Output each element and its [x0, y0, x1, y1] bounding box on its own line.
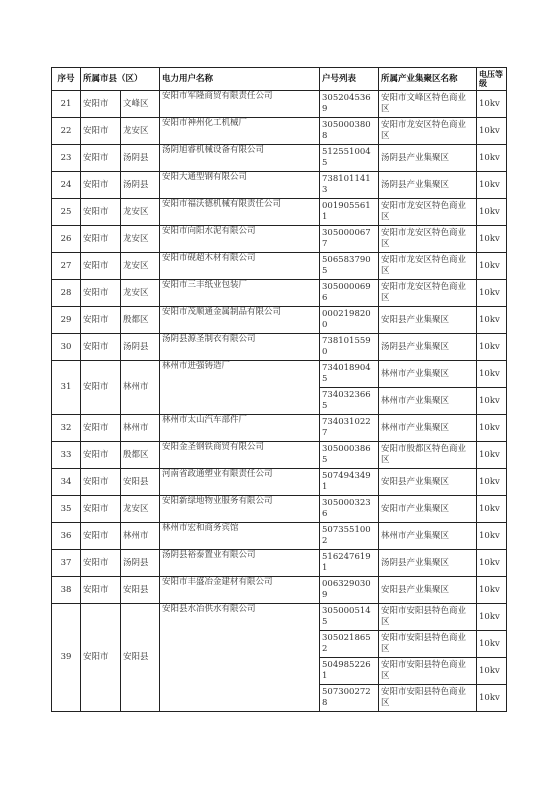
cell-account: 5125510045: [320, 145, 379, 172]
cell-account: 0002198200: [320, 307, 379, 334]
cell-user-name: 安阳市神州化工机械厂: [160, 118, 320, 145]
cell-voltage: 10kv: [477, 199, 507, 226]
cell-city: 安阳市: [81, 253, 121, 280]
cell-zone: 安阳市殷都区特色商业区: [379, 442, 477, 469]
cell-city: 安阳市: [81, 307, 121, 334]
cell-no: 36: [52, 523, 81, 550]
cell-user-name: 河南省政通塑业有限责任公司: [160, 469, 320, 496]
cell-voltage: 10kv: [477, 685, 507, 712]
cell-zone: 林州市产业集聚区: [379, 523, 477, 550]
cell-county: 殷都区: [121, 307, 160, 334]
cell-voltage: 10kv: [477, 550, 507, 577]
cell-zone: 安阳市文峰区特色商业区: [379, 91, 477, 118]
cell-user-name: 安阳市茂顺通金属制品有限公司: [160, 307, 320, 334]
cell-account: 5049852261: [320, 658, 379, 685]
cell-account: 0019055611: [320, 199, 379, 226]
cell-user-name: 安阳市三丰纸业包装厂: [160, 280, 320, 307]
cell-no: 31: [52, 361, 81, 415]
cell-no: 27: [52, 253, 81, 280]
cell-user-name: 安阳县水冶供水有限公司: [160, 604, 320, 712]
cell-user-name: 安阳市丰盛冶金建材有限公司: [160, 577, 320, 604]
cell-zone: 林州市产业集聚区: [379, 415, 477, 442]
cell-user-name: 林州市宏和商务宾馆: [160, 523, 320, 550]
cell-voltage: 10kv: [477, 118, 507, 145]
cell-account: 7340189045: [320, 361, 379, 388]
cell-no: 34: [52, 469, 81, 496]
cell-city: 安阳市: [81, 145, 121, 172]
cell-no: 26: [52, 226, 81, 253]
table-row: 21安阳市文峰区安阳市军隆商贸有限责任公司3052045369安阳市文峰区特色商…: [52, 91, 507, 118]
cell-voltage: 10kv: [477, 415, 507, 442]
cell-user-name: 安阳大通型钢有限公司: [160, 172, 320, 199]
cell-voltage: 10kv: [477, 280, 507, 307]
cell-account: 7381011413: [320, 172, 379, 199]
cell-zone: 安阳市龙安区特色商业区: [379, 226, 477, 253]
cell-user-name: 林州市进强铸造厂: [160, 361, 320, 415]
table-row: 26安阳市龙安区安阳市向阳水泥有限公司3050000677安阳市龙安区特色商业区…: [52, 226, 507, 253]
table-row: 34安阳市安阳县河南省政通塑业有限责任公司5074943491安阳县产业集聚区1…: [52, 469, 507, 496]
cell-county: 殷都区: [121, 442, 160, 469]
cell-city: 安阳市: [81, 415, 121, 442]
cell-no: 21: [52, 91, 81, 118]
table-row: 27安阳市龙安区安阳市砚超木材有限公司5065837905安阳市龙安区特色商业区…: [52, 253, 507, 280]
cell-zone: 安阳县产业集聚区: [379, 307, 477, 334]
cell-account: 5065837905: [320, 253, 379, 280]
cell-city: 安阳市: [81, 361, 121, 415]
cell-account: 7340323665: [320, 388, 379, 415]
cell-user-name: 汤阴县源圣制衣有限公司: [160, 334, 320, 361]
table-row: 25安阳市龙安区安阳市福沃德机械有限责任公司0019055611安阳市龙安区特色…: [52, 199, 507, 226]
cell-user-name: 安阳金圣钢铁商贸有限公司: [160, 442, 320, 469]
header-no: 序号: [52, 68, 81, 91]
table-row: 23安阳市汤阴县汤阴旭睿机械设备有限公司5125510045汤阴县产业集聚区10…: [52, 145, 507, 172]
cell-zone: 安阳市龙安区特色商业区: [379, 118, 477, 145]
cell-user-name: 汤阴旭睿机械设备有限公司: [160, 145, 320, 172]
table-row: 24安阳市汤阴县安阳大通型钢有限公司7381011413汤阴县产业集聚区10kv: [52, 172, 507, 199]
cell-voltage: 10kv: [477, 253, 507, 280]
cell-voltage: 10kv: [477, 361, 507, 388]
cell-zone: 安阳市产业集聚区: [379, 496, 477, 523]
cell-voltage: 10kv: [477, 631, 507, 658]
cell-county: 汤阴县: [121, 550, 160, 577]
cell-county: 汤阴县: [121, 145, 160, 172]
cell-user-name: 安阳市福沃德机械有限责任公司: [160, 199, 320, 226]
cell-voltage: 10kv: [477, 496, 507, 523]
table-row: 39安阳市安阳县安阳县水冶供水有限公司3050005145安阳市安阳县特色商业区…: [52, 604, 507, 631]
cell-city: 安阳市: [81, 334, 121, 361]
cell-county: 龙安区: [121, 199, 160, 226]
cell-no: 32: [52, 415, 81, 442]
header-zone-name: 所属产业集聚区名称: [379, 68, 477, 91]
power-user-table: 序号 所属市县（区） 电力用户名称 户号列表 所属产业集聚区名称 电压等级 21…: [51, 67, 507, 712]
cell-no: 35: [52, 496, 81, 523]
table-row: 36安阳市林州市林州市宏和商务宾馆5073551002林州市产业集聚区10kv: [52, 523, 507, 550]
cell-user-name: 汤阴县裕泰置业有限公司: [160, 550, 320, 577]
header-region: 所属市县（区）: [81, 68, 160, 91]
cell-voltage: 10kv: [477, 226, 507, 253]
header-account-list: 户号列表: [320, 68, 379, 91]
table-row: 31安阳市林州市林州市进强铸造厂7340189045林州市产业集聚区10kv: [52, 361, 507, 388]
cell-account: 5162476191: [320, 550, 379, 577]
table-row: 35安阳市龙安区安阳新绿地物业服务有限公司3050003236安阳市产业集聚区1…: [52, 496, 507, 523]
cell-account: 3050218652: [320, 631, 379, 658]
cell-city: 安阳市: [81, 577, 121, 604]
cell-account: 3050003808: [320, 118, 379, 145]
cell-city: 安阳市: [81, 604, 121, 712]
cell-zone: 汤阴县产业集聚区: [379, 550, 477, 577]
cell-zone: 安阳市安阳县特色商业区: [379, 631, 477, 658]
cell-account: 7340310227: [320, 415, 379, 442]
cell-zone: 安阳市龙安区特色商业区: [379, 253, 477, 280]
cell-voltage: 10kv: [477, 91, 507, 118]
table-row: 29安阳市殷都区安阳市茂顺通金属制品有限公司0002198200安阳县产业集聚区…: [52, 307, 507, 334]
table-row: 32安阳市林州市林州市太山汽车部件厂7340310227林州市产业集聚区10kv: [52, 415, 507, 442]
cell-zone: 安阳市安阳县特色商业区: [379, 685, 477, 712]
cell-voltage: 10kv: [477, 172, 507, 199]
cell-zone: 安阳市安阳县特色商业区: [379, 658, 477, 685]
cell-voltage: 10kv: [477, 307, 507, 334]
cell-no: 24: [52, 172, 81, 199]
table-row: 38安阳市安阳县安阳市丰盛冶金建材有限公司0063290309安阳县产业集聚区1…: [52, 577, 507, 604]
cell-county: 龙安区: [121, 280, 160, 307]
cell-account: 7381015590: [320, 334, 379, 361]
cell-no: 30: [52, 334, 81, 361]
cell-account: 3052045369: [320, 91, 379, 118]
cell-user-name: 安阳市向阳水泥有限公司: [160, 226, 320, 253]
cell-user-name: 安阳市砚超木材有限公司: [160, 253, 320, 280]
cell-zone: 林州市产业集聚区: [379, 388, 477, 415]
cell-account: 3050000677: [320, 226, 379, 253]
cell-county: 林州市: [121, 361, 160, 415]
cell-voltage: 10kv: [477, 145, 507, 172]
cell-county: 林州市: [121, 523, 160, 550]
cell-zone: 汤阴县产业集聚区: [379, 145, 477, 172]
cell-city: 安阳市: [81, 523, 121, 550]
cell-county: 文峰区: [121, 91, 160, 118]
cell-voltage: 10kv: [477, 334, 507, 361]
cell-zone: 安阳市安阳县特色商业区: [379, 604, 477, 631]
cell-zone: 汤阴县产业集聚区: [379, 172, 477, 199]
cell-account: 3050003865: [320, 442, 379, 469]
cell-no: 23: [52, 145, 81, 172]
header-voltage: 电压等级: [477, 68, 507, 91]
cell-user-name: 安阳市军隆商贸有限责任公司: [160, 91, 320, 118]
cell-county: 安阳县: [121, 469, 160, 496]
cell-voltage: 10kv: [477, 577, 507, 604]
cell-no: 25: [52, 199, 81, 226]
cell-account: 5073002728: [320, 685, 379, 712]
cell-county: 林州市: [121, 415, 160, 442]
cell-voltage: 10kv: [477, 442, 507, 469]
cell-voltage: 10kv: [477, 469, 507, 496]
table-row: 33安阳市殷都区安阳金圣钢铁商贸有限公司3050003865安阳市殷都区特色商业…: [52, 442, 507, 469]
cell-no: 28: [52, 280, 81, 307]
cell-account: 3050005145: [320, 604, 379, 631]
cell-account: 5074943491: [320, 469, 379, 496]
cell-no: 39: [52, 604, 81, 712]
table-body: 21安阳市文峰区安阳市军隆商贸有限责任公司3052045369安阳市文峰区特色商…: [52, 91, 507, 712]
cell-city: 安阳市: [81, 118, 121, 145]
cell-user-name: 安阳新绿地物业服务有限公司: [160, 496, 320, 523]
cell-no: 22: [52, 118, 81, 145]
cell-account: 3050000696: [320, 280, 379, 307]
cell-city: 安阳市: [81, 226, 121, 253]
cell-zone: 汤阴县产业集聚区: [379, 334, 477, 361]
cell-user-name: 林州市太山汽车部件厂: [160, 415, 320, 442]
cell-county: 安阳县: [121, 604, 160, 712]
cell-county: 龙安区: [121, 253, 160, 280]
cell-county: 汤阴县: [121, 334, 160, 361]
cell-city: 安阳市: [81, 280, 121, 307]
header-user-name: 电力用户名称: [160, 68, 320, 91]
table-row: 37安阳市汤阴县汤阴县裕泰置业有限公司5162476191汤阴县产业集聚区10k…: [52, 550, 507, 577]
cell-city: 安阳市: [81, 199, 121, 226]
cell-county: 龙安区: [121, 118, 160, 145]
cell-voltage: 10kv: [477, 604, 507, 631]
cell-county: 龙安区: [121, 226, 160, 253]
cell-county: 安阳县: [121, 577, 160, 604]
cell-account: 5073551002: [320, 523, 379, 550]
cell-zone: 安阳县产业集聚区: [379, 577, 477, 604]
cell-no: 37: [52, 550, 81, 577]
cell-no: 33: [52, 442, 81, 469]
cell-city: 安阳市: [81, 172, 121, 199]
cell-city: 安阳市: [81, 91, 121, 118]
cell-zone: 安阳市龙安区特色商业区: [379, 199, 477, 226]
cell-voltage: 10kv: [477, 523, 507, 550]
cell-city: 安阳市: [81, 496, 121, 523]
cell-zone: 安阳县产业集聚区: [379, 469, 477, 496]
cell-no: 29: [52, 307, 81, 334]
cell-zone: 安阳市龙安区特色商业区: [379, 280, 477, 307]
cell-city: 安阳市: [81, 550, 121, 577]
cell-zone: 林州市产业集聚区: [379, 361, 477, 388]
table-row: 28安阳市龙安区安阳市三丰纸业包装厂3050000696安阳市龙安区特色商业区1…: [52, 280, 507, 307]
table-row: 22安阳市龙安区安阳市神州化工机械厂3050003808安阳市龙安区特色商业区1…: [52, 118, 507, 145]
cell-voltage: 10kv: [477, 388, 507, 415]
cell-no: 38: [52, 577, 81, 604]
cell-county: 汤阴县: [121, 172, 160, 199]
cell-city: 安阳市: [81, 469, 121, 496]
cell-account: 0063290309: [320, 577, 379, 604]
cell-city: 安阳市: [81, 442, 121, 469]
cell-county: 龙安区: [121, 496, 160, 523]
table-row: 30安阳市汤阴县汤阴县源圣制衣有限公司7381015590汤阴县产业集聚区10k…: [52, 334, 507, 361]
table-header-row: 序号 所属市县（区） 电力用户名称 户号列表 所属产业集聚区名称 电压等级: [52, 68, 507, 91]
cell-account: 3050003236: [320, 496, 379, 523]
cell-voltage: 10kv: [477, 658, 507, 685]
